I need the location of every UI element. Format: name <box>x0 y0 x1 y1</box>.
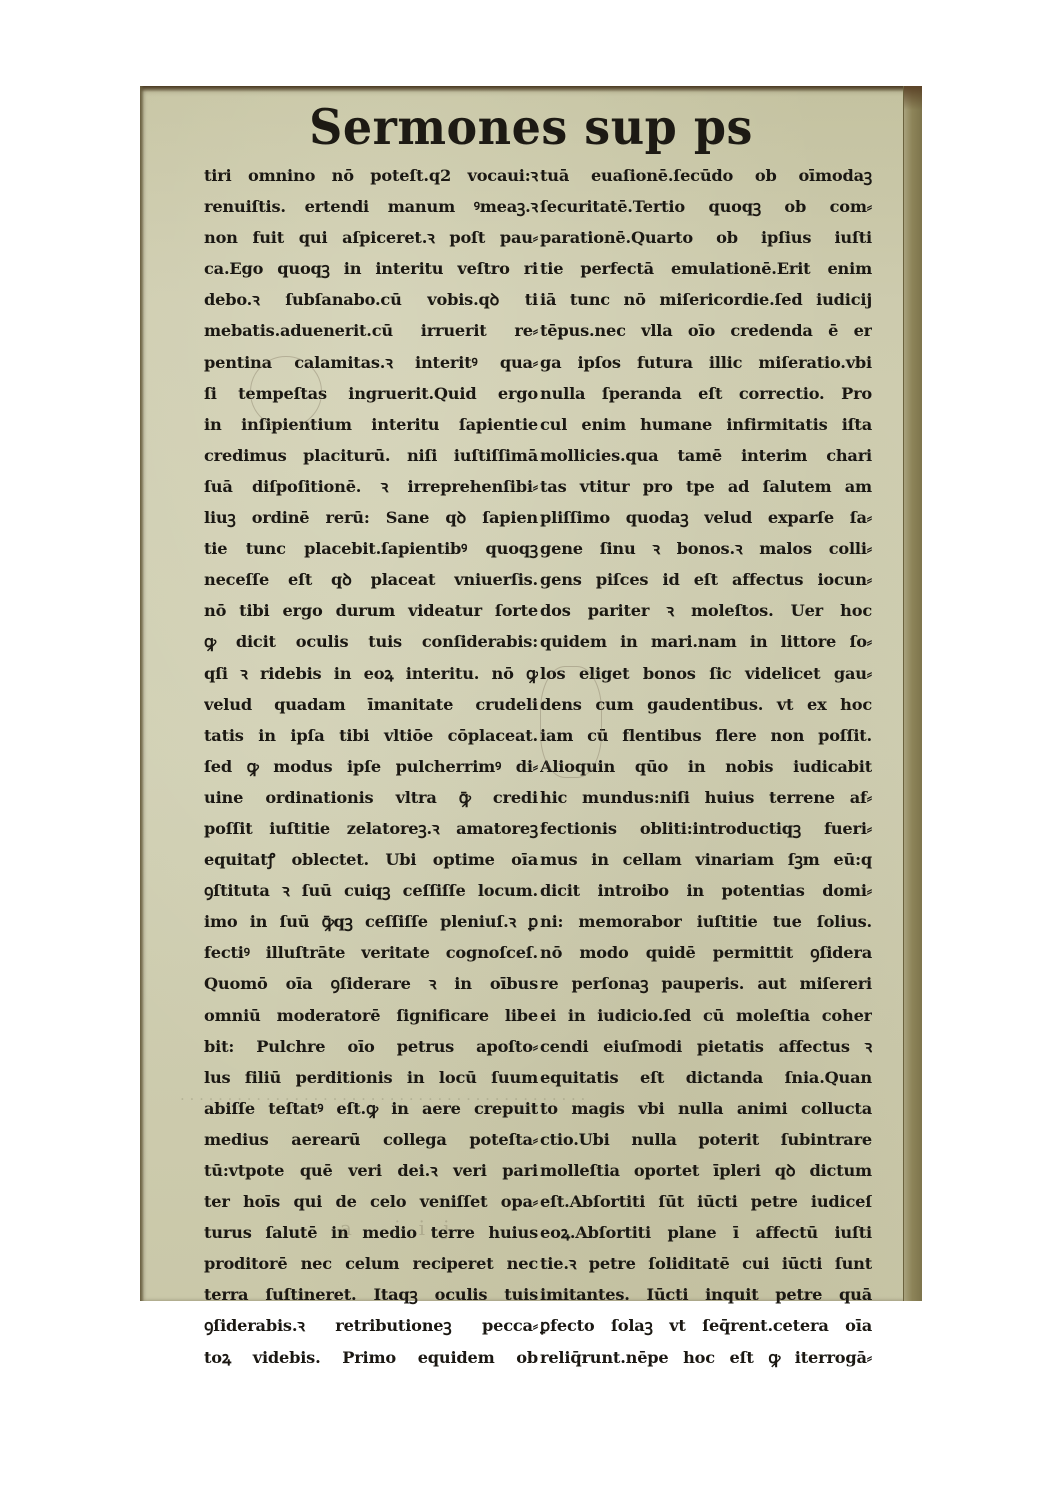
text-line: uine ordinationis vltra ꝙ̄ credi <box>204 782 538 813</box>
text-line: parationē.Quarto ob ipſius iuſti <box>540 222 872 253</box>
text-line: gens piſces id eſt affectus iocun⸗ <box>540 564 872 595</box>
text-line: eoꝝ.Abſortiti plane ī affectū iuſti <box>540 1217 872 1248</box>
text-line: fectiꝰ illuſtrāte veritate cognoſceſ. <box>204 937 538 968</box>
text-line: Quomō oīa ꝯſiderare ꝛ in oībus <box>204 968 538 999</box>
text-line: ter hoīs qui de celo veniſſet opa⸗ <box>204 1186 538 1217</box>
text-columns: tiri omnino nō poteſt.q2 vocaui:ꝛrenuiſt… <box>204 160 872 1373</box>
text-line: tatis in ipſa tibi vltiōe cōplaceat. <box>204 720 538 751</box>
text-line: omniū moderatorē ſignificare libe <box>204 1000 538 1031</box>
scanned-page: Sermones sup ps tiri omnino nō poteſt.q2… <box>140 86 922 1301</box>
text-line: dos pariter ꝛ moleſtos. Uer hoc <box>540 595 872 626</box>
text-line: tie.ꝛ petre ſoliditatē cui iūcti ſunt <box>540 1248 872 1279</box>
text-line: to magis vbi nulla animi collucta <box>540 1093 872 1124</box>
text-line: ctio.Ubi nulla poterit ſubintrare <box>540 1124 872 1155</box>
running-head: Sermones sup ps <box>140 99 922 156</box>
text-line: proditorē nec celum reciperet nec <box>204 1248 538 1279</box>
text-line: tas vtitur pro tpe ad ſalutem am <box>540 471 872 502</box>
text-line: ſecuritatē.Tertio quoqꝫ ob com⸗ <box>540 191 872 222</box>
text-line: terra ſuſtineret. Itaqꝫ oculis tuis <box>204 1279 538 1310</box>
text-line: fectionis obliti:introductiqꝫ fueri⸗ <box>540 813 872 844</box>
text-line: tū:vtpote quē veri dei.ꝛ veri pari <box>204 1155 538 1186</box>
text-line: ſuā diſpoſitionē. ꝛ irreprehenſibi⸗ <box>204 471 538 502</box>
text-line: poſſit iuſtitie zelatoreꝫ.ꝛ amatoreꝫ <box>204 813 538 844</box>
text-line: re perſonaꝫ pauperis. aut miſereri <box>540 968 872 999</box>
text-line: ꝙ dicit oculis tuis conſiderabis: <box>204 626 538 657</box>
text-line: mebatis.aduenerit.cū irruerit re⸗ <box>204 315 538 346</box>
text-line: medius aerearū collega poteſta⸗ <box>204 1124 538 1155</box>
text-line: pliſſimo quodaꝫ velud exparſe ſa⸗ <box>540 502 872 533</box>
text-line: liuꝫ ordinē rerū: Sane qꝺ ſapien <box>204 502 538 533</box>
text-line: imitantes. Iūcti inquit petre quā <box>540 1279 872 1310</box>
text-line: nō tibi ergo durum videatur ſorte <box>204 595 538 626</box>
text-line: tiri omnino nō poteſt.q2 vocaui:ꝛ <box>204 160 538 191</box>
book-fore-edge <box>903 86 922 1301</box>
text-line: ꝑfecto ſolaꝫ vt ſeq̄rent.cetera oīa <box>540 1310 872 1341</box>
text-line: ga ipſos futura illic miſeratio.vbi <box>540 347 872 378</box>
left-column: tiri omnino nō poteſt.q2 vocaui:ꝛrenuiſt… <box>204 160 538 1373</box>
text-line: in inſipientium interitu ſapientie <box>204 409 538 440</box>
text-line: quidem in mari.nam in littore ſo⸗ <box>540 626 872 657</box>
text-line: renuiſtis. ertendi manum ꝰmeaꝫ.ꝛ <box>204 191 538 222</box>
signature-mark: a iij <box>340 1216 467 1240</box>
text-line: debo.ꝛ ſubſanabo.cū vobis.qꝺ ti <box>204 284 538 315</box>
library-stamp-left <box>250 356 322 428</box>
text-line: ni: memorabor iuſtitie tue ſolius. <box>540 906 872 937</box>
text-line: nulla ſperanda eſt correctio. Pro <box>540 378 872 409</box>
text-line: ꝯſiderabis.ꝛ retributioneꝫ pecca⸗ <box>204 1310 538 1341</box>
text-line: cendi eiuſmodi pietatis affectus ꝛ <box>540 1031 872 1062</box>
text-line: neceſſe eſt qꝺ placeat vniuerſis. <box>204 564 538 595</box>
text-line: tēpus.nec vlla oīo credenda ē er <box>540 315 872 346</box>
text-line: cul enim humane infirmitatis iſta <box>540 409 872 440</box>
library-stamp-right <box>540 666 602 778</box>
text-line: iā tunc nō miſericordie.ſed iudicij <box>540 284 872 315</box>
text-line: mollicies.qua tamē interim chari <box>540 440 872 471</box>
text-line: velud quadam īmanitate crudeli <box>204 689 538 720</box>
show-through-text: . . . . . . . . . . . . . . . . . . . . … <box>180 1086 585 1104</box>
text-line: molleſtia oportet īpleri qꝺ dictum <box>540 1155 872 1186</box>
text-line: eſt.Abſortiti ſūt iūcti petre iudiceſ <box>540 1186 872 1217</box>
text-line: dicit introibo in potentias domi⸗ <box>540 875 872 906</box>
text-line: non fuit qui aſpiceret.ꝛ poſt pau⸗ <box>204 222 538 253</box>
text-line: qſi ꝛ ridebis in eoꝝ interitu. nō ꝙ <box>204 658 538 689</box>
text-line: equitatꝭ oblectet. Ubi optime oīa <box>204 844 538 875</box>
text-line: hic mundus:niſi huius terrene af⸗ <box>540 782 872 813</box>
text-line: mus in cellam vinariam ſꝫm eū:q <box>540 844 872 875</box>
text-line: equitatis eſt dictanda ſnia.Quan <box>540 1062 872 1093</box>
text-line: credimus placiturū. niſi iuſtiſſimā <box>204 440 538 471</box>
text-line: nō modo quidē permittit ꝯſidera <box>540 937 872 968</box>
text-line: ſed ꝙ modus ipſe pulcherrimꝰ di⸗ <box>204 751 538 782</box>
text-line: tie tunc placebit.ſapientibꝰ quoqꝫ <box>204 533 538 564</box>
text-line: ei in iudicio.ſed cū moleſtia coher <box>540 1000 872 1031</box>
text-line: ꝯſtituta ꝛ ſuū cuiqꝫ ceſſiſſe locum. <box>204 875 538 906</box>
page-left-edge <box>140 86 144 1301</box>
text-line: tie perfectā emulationē.Erit enim <box>540 253 872 284</box>
text-line: ca.Ego quoqꝫ in interitu veſtro ri <box>204 253 538 284</box>
text-line: tuā euaſionē.ſecūdo ob oīmodaꝫ <box>540 160 872 191</box>
text-line: imo in ſuū ꝙ̄qꝫ ceſſiſſe pleniuſ.ꝛ ꝑ <box>204 906 538 937</box>
text-line: toꝝ videbis. Primo equidem ob <box>204 1342 538 1373</box>
text-line: gene ſinu ꝛ bonos.ꝛ malos colli⸗ <box>540 533 872 564</box>
text-line: bit: Pulchre oīo petrus apoſto⸗ <box>204 1031 538 1062</box>
text-line: reliq̄runt.nēpe hoc eſt ꝙ iterrogā⸗ <box>540 1342 872 1373</box>
